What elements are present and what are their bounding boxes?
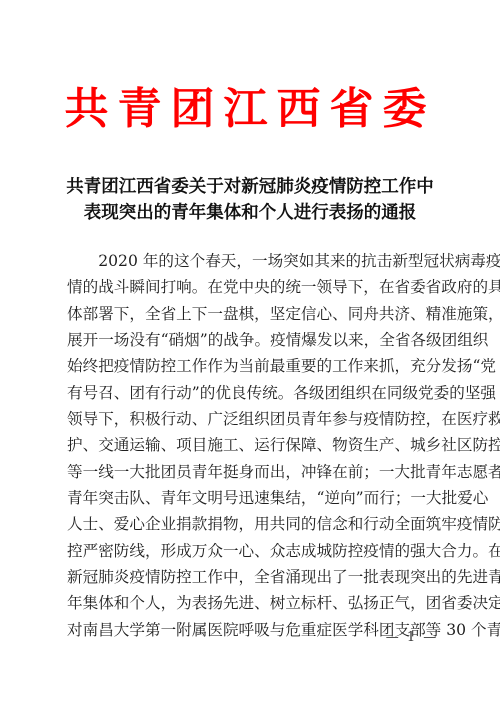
body-line: 体部署下，全省上下一盘棋，坚定信心、同舟共济、精准施策， bbox=[67, 301, 433, 327]
body-line: 有号召、团有行动”的优良传统。各级团组织在同级党委的坚强 bbox=[67, 380, 433, 406]
body-line: 人士、爱心企业捐款捐物，用共同的信念和行动全面筑牢疫情防 bbox=[67, 511, 433, 537]
body-line: 控严密防线，形成万众一心、众志成城防控疫情的强大合力。在 bbox=[67, 538, 433, 564]
body-line: 青年突击队、青年文明号迅速集结，“逆向”而行；一大批爱心 bbox=[67, 485, 433, 511]
document-page: 共青团江西省委 共青团江西省委关于对新冠肺炎疫情防控工作中 表现突出的青年集体和… bbox=[0, 0, 500, 707]
title-line-2: 表现突出的青年集体和个人进行表扬的通报 bbox=[0, 200, 500, 226]
page-number: — 1 — bbox=[382, 630, 442, 645]
body-line: 等一线一大批团员青年挺身而出，冲锋在前；一大批青年志愿者、 bbox=[67, 459, 433, 485]
org-header: 共青团江西省委 bbox=[0, 86, 500, 135]
body-line: 展开一场没有“硝烟”的战争。疫情爆发以来，全省各级团组织 bbox=[67, 327, 433, 353]
title-line-1: 共青团江西省委关于对新冠肺炎疫情防控工作中 bbox=[0, 174, 500, 200]
body-line: 领导下，积极行动、广泛组织团员青年参与疫情防控，在医疗救 bbox=[67, 406, 433, 432]
body-line: 2020 年的这个春天，一场突如其来的抗击新型冠状病毒疫 bbox=[67, 248, 433, 274]
body-line: 始终把疫情防控工作作为当前最重要的工作来抓，充分发扬“党 bbox=[67, 353, 433, 379]
body-line: 情的战斗瞬间打响。在党中央的统一领导下，在省委省政府的具 bbox=[67, 274, 433, 300]
body-line: 护、交通运输、项目施工、运行保障、物资生产、城乡社区防控 bbox=[67, 432, 433, 458]
body-line: 对南昌大学第一附属医院呼吸与危重症医学科团支部等 30 个青 bbox=[67, 617, 433, 643]
body-line: 新冠肺炎疫情防控工作中，全省涌现出了一批表现突出的先进青 bbox=[67, 564, 433, 590]
document-title: 共青团江西省委关于对新冠肺炎疫情防控工作中 表现突出的青年集体和个人进行表扬的通… bbox=[0, 174, 500, 226]
body-line: 年集体和个人，为表扬先进、树立标杆、弘扬正气，团省委决定， bbox=[67, 590, 433, 616]
body-text: 2020 年的这个春天，一场突如其来的抗击新型冠状病毒疫 情的战斗瞬间打响。在党… bbox=[67, 248, 433, 643]
